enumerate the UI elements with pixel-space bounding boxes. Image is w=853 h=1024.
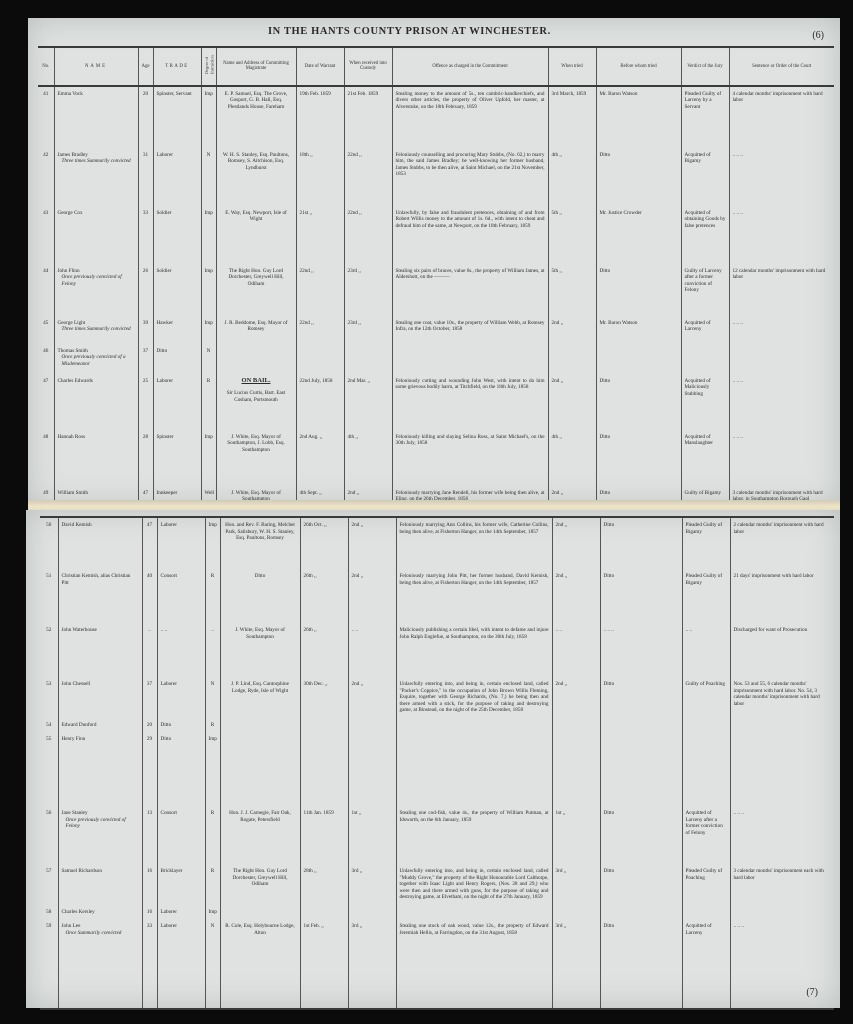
no-text: 49 xyxy=(41,490,51,497)
verdict-text: Pleaded Guilty of Bigamy xyxy=(686,573,727,586)
cell-received: 22nd ,, xyxy=(344,206,392,264)
cell-offence: Feloniously counselling and procuring Ma… xyxy=(392,148,548,206)
age-text: 33 xyxy=(146,923,154,930)
name-text: John Chessell xyxy=(62,681,139,688)
page-number-left: (6) xyxy=(812,30,824,41)
cell-warrant: 21st ,, xyxy=(296,206,344,264)
verdict-text: Pleaded Guilty of Poaching xyxy=(686,868,727,881)
cell-before: Ditto xyxy=(600,677,682,718)
age-text: 40 xyxy=(146,573,154,580)
cell-tried xyxy=(552,718,600,733)
cell-degree: N xyxy=(205,677,220,718)
magistrate-text: Ditto xyxy=(224,573,297,580)
cell-received: 2nd ,, xyxy=(348,569,396,623)
name-text: Edward Dunford xyxy=(62,722,139,729)
trade-text: Ditto xyxy=(161,722,202,729)
prisoner-table-top: No. NAME Age TRADE Degree of Instruction… xyxy=(38,46,834,517)
no-text: 59 xyxy=(43,923,55,930)
verdict-text: Acquitted of Larceny xyxy=(685,320,726,333)
cell-received: 2nd ,, xyxy=(348,677,396,718)
tried-text: 4th ,, xyxy=(552,152,593,159)
verdict-text: Guilty of Bigamy xyxy=(685,490,726,497)
header-tried: When tried xyxy=(548,47,596,86)
trade-text: Consort xyxy=(161,810,202,817)
cell-degree: N xyxy=(201,344,216,374)
cell-tried: 3rd ,, xyxy=(552,864,600,905)
age-text: 20 xyxy=(142,91,150,98)
cell-magistrate: J. P. Lind, Esq. Cantorphine Lodge, Ryde… xyxy=(220,677,300,718)
cell-no: 43 xyxy=(38,206,54,264)
tried-text: 3rd March, 1859 xyxy=(552,91,593,98)
header-before: Before whom tried xyxy=(596,47,681,86)
cell-before: Ditto xyxy=(600,569,682,623)
table-row: 54Edward Dunford20DittoR xyxy=(40,718,834,733)
cell-sentence: .. .. .. xyxy=(729,374,834,430)
cell-sentence: 2 calendar months' imprisonment with har… xyxy=(730,517,834,569)
trade-text: Innkeeper xyxy=(157,490,198,497)
verdict-text: Pleaded Guilty of Larceny by a Servant xyxy=(685,91,726,111)
table-body-bottom: 50David Kemish47LaborerImpHon. and Rev. … xyxy=(40,517,834,1009)
tried-text: 2nd ,, xyxy=(552,490,593,497)
cell-tried xyxy=(552,905,600,920)
cell-degree: R xyxy=(205,864,220,905)
cell-magistrate: Hon. J. J. Carnegie, Fair Oak, Rogate, P… xyxy=(220,806,300,864)
cell-sentence: .. .. .. xyxy=(730,919,834,1009)
no-text: 52 xyxy=(43,627,55,634)
cell-no: 47 xyxy=(38,374,54,430)
table-row: 51Christian Kemish, alias Christian Pitt… xyxy=(40,569,834,623)
age-text: 16 xyxy=(146,909,154,916)
cell-verdict: Guilty of Poaching xyxy=(682,677,730,718)
degree-text: N xyxy=(205,348,213,355)
verdict-text: Acquitted of Larceny xyxy=(686,923,727,936)
tried-text: 3rd ,, xyxy=(556,923,597,930)
received-text: 2nd ,, xyxy=(352,522,393,529)
offence-text: Feloniously marrying Ann Collins, his fo… xyxy=(400,522,549,535)
header-degree: Degree of Instruction xyxy=(204,48,215,82)
name-text: Christian Kemish, alias Christian Pitt xyxy=(62,573,139,586)
cell-age: 13 xyxy=(142,806,157,864)
warrant-text: 26th ,, xyxy=(304,627,345,634)
no-text: 47 xyxy=(41,378,51,385)
cell-offence: Stealing one stock of oak wood, value 12… xyxy=(396,919,552,1009)
cell-tried: 3rd March, 1859 xyxy=(548,86,596,148)
before-text: .. .. .. xyxy=(604,627,679,634)
cell-magistrate: E. Way, Esq. Newport, Isle of Wight xyxy=(216,206,296,264)
age-text: 33 xyxy=(142,210,150,217)
table-row: 45George LightThree times Summarily conv… xyxy=(38,316,834,344)
cell-degree: N xyxy=(205,919,220,1009)
magistrate-text: J. R. Beddome, Esq. Mayor of Romsey xyxy=(220,320,293,333)
age-text: 47 xyxy=(146,522,154,529)
header-name: NAME xyxy=(54,47,138,86)
cell-degree: R xyxy=(205,718,220,733)
degree-text: R xyxy=(209,573,217,580)
cell-no: 59 xyxy=(40,919,58,1009)
cell-received xyxy=(348,718,396,733)
no-text: 51 xyxy=(43,573,55,580)
cell-age: 33 xyxy=(138,206,153,264)
table-row: 42James BradleyThree times Summarily con… xyxy=(38,148,834,206)
cell-tried: 2nd ,, xyxy=(548,316,596,344)
cell-magistrate xyxy=(220,905,300,920)
tried-text: 2nd ,, xyxy=(556,573,597,580)
name-text: David Kemish xyxy=(62,522,139,529)
received-text: 22nd ,, xyxy=(348,210,389,217)
table-row: 46Thomas SmithOnce previously convicted … xyxy=(38,344,834,374)
cell-degree: R xyxy=(201,374,216,430)
cell-sentence: .. .. .. xyxy=(730,806,834,864)
warrant-text: 2nd Aug. ,, xyxy=(300,434,341,441)
degree-text: Well xyxy=(205,490,213,497)
cell-sentence: 12 calendar months' imprisonment with ha… xyxy=(729,264,834,316)
tried-text: 3rd ,, xyxy=(556,868,597,875)
before-text: Ditto xyxy=(604,573,679,580)
header-no: No. xyxy=(38,47,54,86)
cell-before xyxy=(596,344,681,374)
sentence-text: .. .. .. xyxy=(733,434,832,441)
cell-trade: .. .. xyxy=(157,623,205,677)
cell-offence xyxy=(392,344,548,374)
name-text: Henry Finn xyxy=(62,736,139,743)
cell-no: 58 xyxy=(40,905,58,920)
warrant-text: 26th Oct. ,, xyxy=(304,522,345,529)
cell-no: 45 xyxy=(38,316,54,344)
offence-text: Feloniously marrying John Pitt, her form… xyxy=(400,573,549,586)
cell-name: Charles Edwards xyxy=(54,374,138,430)
cell-age: 25 xyxy=(138,374,153,430)
sentence-text: 3 calendar months' imprisonment each wit… xyxy=(734,868,832,881)
tried-text: 2nd ,, xyxy=(556,522,597,529)
degree-text: Imp xyxy=(205,434,213,441)
magistrate-text: J. P. Lind, Esq. Cantorphine Lodge, Ryde… xyxy=(224,681,297,694)
cell-trade: Laborer xyxy=(153,148,201,206)
name-text: Charles Edwards xyxy=(58,378,135,385)
sentence-text: .. .. .. xyxy=(733,210,832,217)
table-row: 47Charles Edwards25LaborerRON BAIL.Sir L… xyxy=(38,374,834,430)
cell-magistrate: The Right Hon. Guy Lord Dorchester, Grey… xyxy=(216,264,296,316)
warrant-text: 11th Jan. 1859 xyxy=(304,810,345,817)
tried-text: 5th ,, xyxy=(552,210,593,217)
cell-verdict xyxy=(681,344,729,374)
cell-sentence: .. .. .. xyxy=(729,206,834,264)
cell-age: 26 xyxy=(138,264,153,316)
cell-sentence xyxy=(729,344,834,374)
cell-warrant: 26th ,, xyxy=(300,623,348,677)
offence-text: Stealing one coat, value 10s., the prope… xyxy=(396,320,545,333)
cell-magistrate: Ditto xyxy=(220,569,300,623)
no-text: 56 xyxy=(43,810,55,817)
received-text: 3rd ,, xyxy=(352,923,393,930)
cell-verdict: Acquitted of Larceny xyxy=(681,316,729,344)
cell-age: 33 xyxy=(142,919,157,1009)
cell-sentence: 21 days' imprisonment with hard labor xyxy=(730,569,834,623)
cell-verdict: .. .. xyxy=(682,623,730,677)
no-text: 57 xyxy=(43,868,55,875)
cell-trade: Laborer xyxy=(157,677,205,718)
age-text: 26 xyxy=(142,268,150,275)
cell-degree: Imp xyxy=(201,206,216,264)
cell-verdict: Acquitted of Larceny xyxy=(682,919,730,1009)
no-text: 58 xyxy=(43,909,55,916)
cell-degree: Imp xyxy=(205,732,220,806)
age-text: 13 xyxy=(146,810,154,817)
before-text: Ditto xyxy=(604,681,679,688)
cell-age: 29 xyxy=(142,732,157,806)
warrant-text: 4th Sept. ,, xyxy=(300,490,341,497)
before-text: Ditto xyxy=(604,522,679,529)
received-text: 2nd ,, xyxy=(352,573,393,580)
cell-verdict: Pleaded Guilty of Poaching xyxy=(682,864,730,905)
cell-age: 16 xyxy=(142,864,157,905)
header-magistrate: Name and Address of Committing Magistrat… xyxy=(216,47,296,86)
no-text: 55 xyxy=(43,736,55,743)
cell-offence xyxy=(396,718,552,733)
cell-no: 55 xyxy=(40,732,58,806)
cell-tried: 5th ,, xyxy=(548,206,596,264)
cell-before: Mr. Justice Crowder xyxy=(596,206,681,264)
sentence-text: .. .. .. xyxy=(733,152,832,159)
offence-text: Feloniously cutting and wounding John We… xyxy=(396,378,545,391)
age-text: 31 xyxy=(142,152,150,159)
cell-no: 41 xyxy=(38,86,54,148)
sentence-text: .. .. .. xyxy=(734,923,832,930)
cell-offence: Stealing one cod-fish, value 4s., the pr… xyxy=(396,806,552,864)
cell-degree: Imp xyxy=(201,430,216,486)
cell-degree: R xyxy=(205,569,220,623)
left-page: IN THE HANTS COUNTY PRISON AT WINCHESTER… xyxy=(28,18,840,506)
degree-text: R xyxy=(209,722,217,729)
cell-tried: 5th ,, xyxy=(548,264,596,316)
table-row: 55Henry Finn29DittoImp xyxy=(40,732,834,806)
cell-name: Samuel Richardson xyxy=(58,864,142,905)
age-text: .. xyxy=(146,627,154,634)
cell-verdict: Acquitted of Larceny after a former conv… xyxy=(682,806,730,864)
cell-magistrate: E. P. Samuel, Esq. The Grove, Gosport, G… xyxy=(216,86,296,148)
before-text: Ditto xyxy=(600,490,678,497)
received-text: 2nd ,, xyxy=(348,490,389,497)
cell-trade: Ditto xyxy=(153,344,201,374)
degree-text: Imp xyxy=(209,736,217,743)
before-text: Ditto xyxy=(600,434,678,441)
age-text: 37 xyxy=(142,348,150,355)
cell-warrant: 2nd Aug. ,, xyxy=(296,430,344,486)
degree-text: R xyxy=(209,810,217,817)
cell-before: Ditto xyxy=(600,864,682,905)
name-text: Samuel Richardson xyxy=(62,868,139,875)
table-row: 53John Chessell37LaborerNJ. P. Lind, Esq… xyxy=(40,677,834,718)
trade-text: Laborer xyxy=(161,681,202,688)
header-warrant: Date of Warrant xyxy=(296,47,344,86)
cell-sentence: .. .. .. xyxy=(729,316,834,344)
prior-conviction-note: Three times Summarily convicted xyxy=(58,158,135,165)
cell-age: 47 xyxy=(142,517,157,569)
header-received: When received into Custody xyxy=(344,47,392,86)
cell-degree: Imp xyxy=(201,264,216,316)
header-sentence: Sentence or Order of the Court xyxy=(729,47,834,86)
cell-trade: Hawker xyxy=(153,316,201,344)
cell-name: Edward Dunford xyxy=(58,718,142,733)
cell-warrant: 22nd ,, xyxy=(296,316,344,344)
cell-verdict xyxy=(682,905,730,920)
cell-name: Emma Vock xyxy=(54,86,138,148)
name-text: John Waterhouse xyxy=(62,627,139,634)
warrant-text: 22nd ,, xyxy=(300,320,341,327)
received-text: .. .. xyxy=(352,627,393,634)
tried-text: 1st ,, xyxy=(556,810,597,817)
cell-magistrate: W. H. S. Stanley, Esq. Paultons, Romsey,… xyxy=(216,148,296,206)
table-row: 52John Waterhouse.... ....J. White, Esq.… xyxy=(40,623,834,677)
magistrate-text: Hon. J. J. Carnegie, Fair Oak, Rogate, P… xyxy=(224,810,297,823)
header-offence: Offence as charged in the Commitment xyxy=(392,47,548,86)
trade-text: Soldier xyxy=(157,210,198,217)
cell-magistrate: J. R. Beddome, Esq. Mayor of Romsey xyxy=(216,316,296,344)
cell-before: Ditto xyxy=(600,919,682,1009)
table-row: 44John FlinnOnce previously convicted of… xyxy=(38,264,834,316)
cell-name: John LeeOnce Summarily convicted xyxy=(58,919,142,1009)
cell-sentence: Nos. 53 and 55, 6 calendar months' impri… xyxy=(730,677,834,718)
cell-no: 42 xyxy=(38,148,54,206)
offence-text: Stealing one cod-fish, value 4s., the pr… xyxy=(400,810,549,823)
magistrate-text: The Right Hon. Guy Lord Dorchester, Grey… xyxy=(220,268,293,288)
cell-name: Christian Kemish, alias Christian Pitt xyxy=(58,569,142,623)
cell-received: 3rd ,, xyxy=(348,864,396,905)
magistrate-text: The Right Hon. Guy Lord Dorchester, Grey… xyxy=(224,868,297,888)
before-text: Ditto xyxy=(600,152,678,159)
warrant-text: 30th Dec. ,, xyxy=(304,681,345,688)
no-text: 50 xyxy=(43,522,55,529)
header-degree-cell: Degree of Instruction xyxy=(201,47,216,86)
cell-sentence xyxy=(730,732,834,806)
cell-offence: Feloniously killing and slaying Selina R… xyxy=(392,430,548,486)
on-bail-label: ON BAIL. xyxy=(220,378,293,385)
cell-verdict: Acquitted of Bigamy xyxy=(681,148,729,206)
cell-name: Jane StanleyOnce previously convicted of… xyxy=(58,806,142,864)
cell-name: David Kemish xyxy=(58,517,142,569)
cell-before xyxy=(600,718,682,733)
header-age: Age xyxy=(138,47,153,86)
cell-magistrate: Hon. and Rev. F. Baring, Melchet Park, S… xyxy=(220,517,300,569)
sentence-text: 12 calendar months' imprisonment with ha… xyxy=(733,268,832,281)
cell-verdict: Guilty of Larceny after a former convict… xyxy=(681,264,729,316)
cell-no: 54 xyxy=(40,718,58,733)
degree-text: Imp xyxy=(205,268,213,275)
cell-age: .. xyxy=(142,623,157,677)
cell-received: 2nd Mar. ,, xyxy=(344,374,392,430)
verdict-text: Acquitted of Bigamy xyxy=(685,152,726,165)
no-text: 54 xyxy=(43,722,55,729)
cell-tried: 3rd ,, xyxy=(552,919,600,1009)
cell-age: 39 xyxy=(138,316,153,344)
cell-warrant: 22nd ,, xyxy=(296,264,344,316)
cell-no: 44 xyxy=(38,264,54,316)
cell-before: Mr. Baron Watson xyxy=(596,86,681,148)
cell-verdict xyxy=(682,718,730,733)
cell-tried: 4th ,, xyxy=(548,148,596,206)
cell-magistrate xyxy=(220,732,300,806)
before-text: Ditto xyxy=(604,810,679,817)
trade-text: Ditto xyxy=(161,736,202,743)
verdict-text: Acquitted of Maliciously Stabbing xyxy=(685,378,726,398)
name-text: Emma Vock xyxy=(58,91,135,98)
cell-received: 22nd ,, xyxy=(344,148,392,206)
cell-trade: Laborer xyxy=(157,517,205,569)
sentence-text: .. .. .. xyxy=(733,320,832,327)
before-text: Mr. Justice Crowder xyxy=(600,210,678,217)
cell-trade: Ditto xyxy=(157,732,205,806)
cell-magistrate: ON BAIL.Sir Lucius Curtis, Bart. East Co… xyxy=(216,374,296,430)
cell-age: 37 xyxy=(138,344,153,374)
degree-text: N xyxy=(209,923,217,930)
cell-trade: Laborer xyxy=(153,374,201,430)
cell-received xyxy=(348,732,396,806)
tried-text: 2nd ,, xyxy=(552,320,593,327)
cell-offence: Stealing one coat, value 10s., the prope… xyxy=(392,316,548,344)
cell-offence xyxy=(396,905,552,920)
warrant-text: 1st Feb. ,, xyxy=(304,923,345,930)
cell-tried: 4th ,, xyxy=(548,430,596,486)
cell-sentence: 4 calendar months' imprisonment with har… xyxy=(729,86,834,148)
cell-offence: Unlawfully entering into, and being in, … xyxy=(396,677,552,718)
cell-sentence: 3 calendar months' imprisonment each wit… xyxy=(730,864,834,905)
degree-text: R xyxy=(205,378,213,385)
cell-tried: 2nd ,, xyxy=(552,677,600,718)
cell-age: 20 xyxy=(138,86,153,148)
cell-offence: Unlawfully entering into, and being in, … xyxy=(396,864,552,905)
prior-conviction-note: Once previously convicted of a Misdemean… xyxy=(58,354,135,367)
prior-conviction-note: Once previously convicted of Felony xyxy=(62,817,139,830)
cell-before: Ditto xyxy=(596,148,681,206)
cell-verdict: Pleaded Guilty of Bigamy xyxy=(682,569,730,623)
cell-tried xyxy=(548,344,596,374)
cell-degree: R xyxy=(205,806,220,864)
cell-verdict xyxy=(682,732,730,806)
cell-received: 4th ,, xyxy=(344,430,392,486)
trade-text: Spinster, Servant xyxy=(157,91,198,98)
magistrate-text: J. White, Esq. Mayor of Southampton, J. … xyxy=(220,434,293,454)
verdict-text: Acquitted of Manslaughter xyxy=(685,434,726,447)
trade-text: Consort xyxy=(161,573,202,580)
cell-name: Hannah Ross xyxy=(54,430,138,486)
cell-warrant: 11th Jan. 1859 xyxy=(300,806,348,864)
cell-no: 52 xyxy=(40,623,58,677)
degree-text: Imp xyxy=(209,909,217,916)
sentence-text: .. .. .. xyxy=(734,810,832,817)
cell-tried: 2nd ,, xyxy=(552,569,600,623)
table-row: 41Emma Vock20Spinster, ServantImpE. P. S… xyxy=(38,86,834,148)
cell-warrant xyxy=(300,732,348,806)
before-text: Ditto xyxy=(600,268,678,275)
sentence-text: Discharged for want of Prosecution xyxy=(734,627,832,634)
cell-before xyxy=(600,732,682,806)
no-text: 43 xyxy=(41,210,51,217)
tried-text: 2nd ,, xyxy=(556,681,597,688)
table-body-top: 41Emma Vock20Spinster, ServantImpE. P. S… xyxy=(38,86,834,516)
cell-degree: Imp xyxy=(205,517,220,569)
cell-received: 3rd ,, xyxy=(348,919,396,1009)
magistrate-text: R. Cole, Esq. Holybourne Lodge, Alton xyxy=(224,923,297,936)
running-head: IN THE HANTS COUNTY PRISON AT WINCHESTER… xyxy=(268,26,551,37)
cell-verdict: Acquitted of Manslaughter xyxy=(681,430,729,486)
received-text: 1st ,, xyxy=(352,810,393,817)
cell-sentence: .. .. .. xyxy=(729,430,834,486)
trade-text: .. .. xyxy=(161,627,202,634)
age-text: 28 xyxy=(142,434,150,441)
cell-before: Ditto xyxy=(600,517,682,569)
cell-age: 31 xyxy=(138,148,153,206)
magistrate-text: J. White, Esq. Mayor of Southampton xyxy=(224,627,297,640)
no-text: 46 xyxy=(41,348,51,355)
